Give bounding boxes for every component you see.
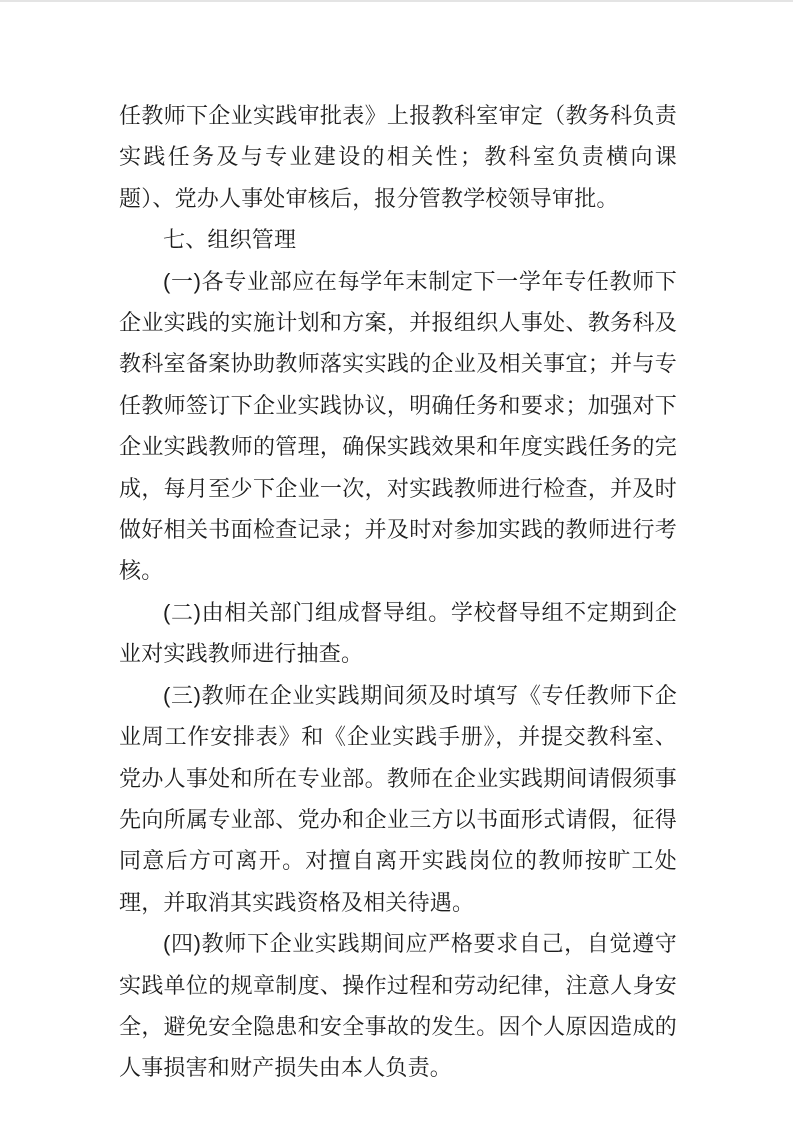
paragraph-item-1: (一)各专业部应在每学年末制定下一学年专任教师下企业实践的实施计划和方案，并报组… (119, 261, 677, 592)
section-heading-organization-management: 七、组织管理 (119, 219, 677, 260)
page-top-border (0, 0, 793, 2)
paragraph-item-4: (四)教师下企业实践期间应严格要求自己，自觉遵守实践单位的规章制度、操作过程和劳… (119, 923, 677, 1089)
paragraph-item-2: (二)由相关部门组成督导组。学校督导组不定期到企业对实践教师进行抽查。 (119, 592, 677, 675)
paragraph-item-3: (三)教师在企业实践期间须及时填写《专任教师下企业周工作安排表》和《企业实践手册… (119, 675, 677, 923)
document-page-body: 任教师下企业实践审批表》上报教科室审定（教务科负责实践任务及与专业建设的相关性；… (119, 95, 677, 1089)
paragraph-continuation: 任教师下企业实践审批表》上报教科室审定（教务科负责实践任务及与专业建设的相关性；… (119, 95, 677, 219)
